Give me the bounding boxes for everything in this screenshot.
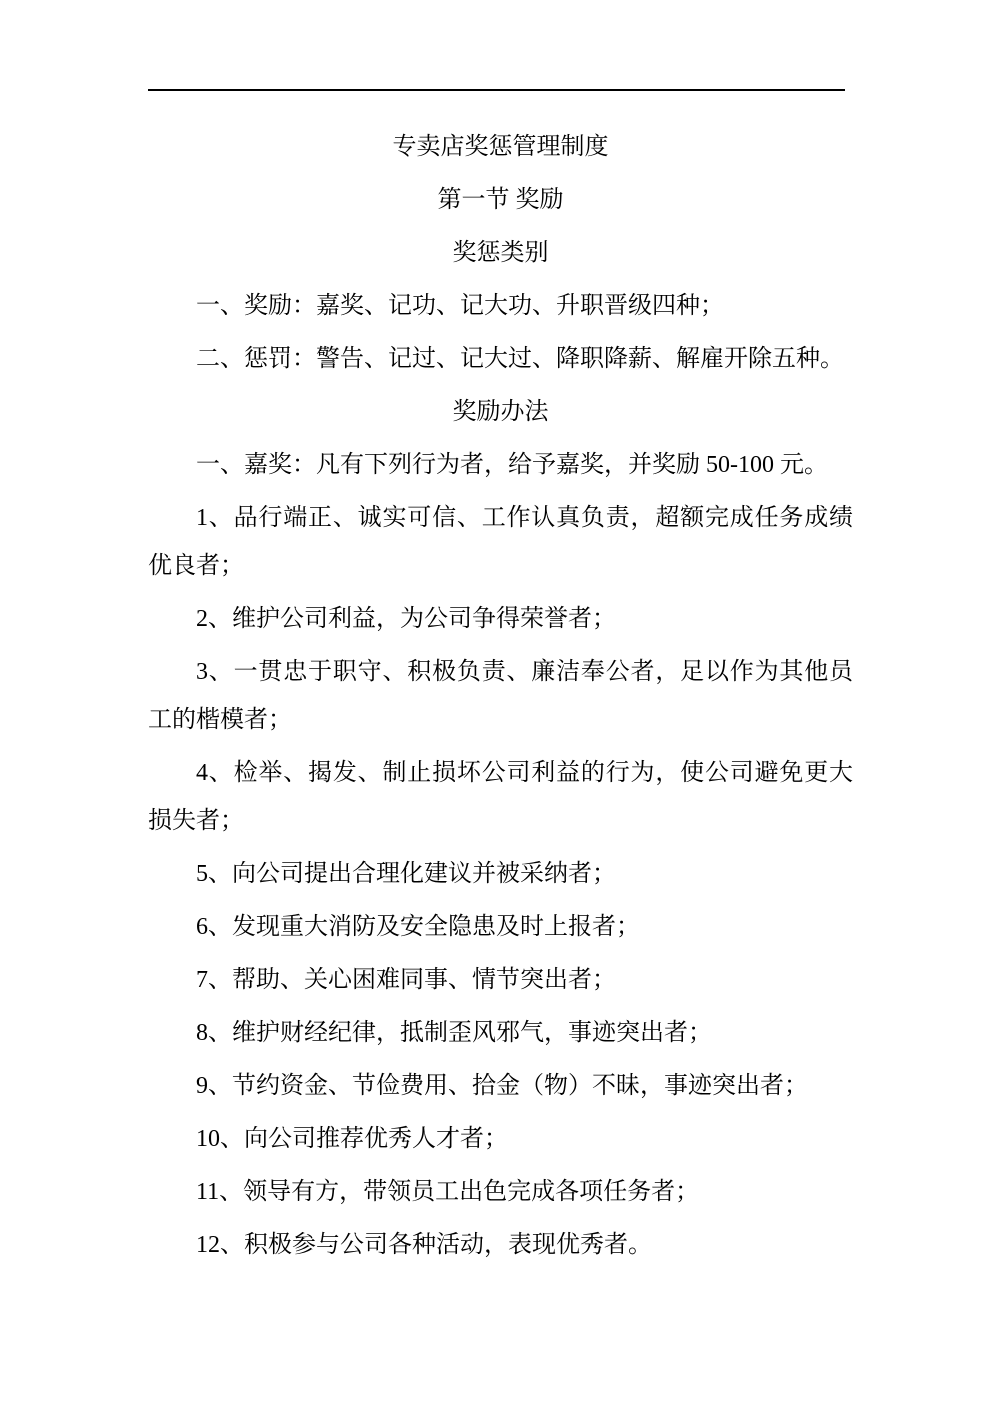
award-item-12: 12、积极参与公司各种活动，表现优秀者。 [148,1221,853,1269]
categories-heading: 奖惩类别 [148,229,853,277]
award-item-7: 7、帮助、关心困难同事、情节突出者； [148,956,853,1004]
document-content: 专卖店奖惩管理制度 第一节 奖励 奖惩类别 一、奖励：嘉奖、记功、记大功、升职晋… [148,123,853,1274]
document-title: 专卖店奖惩管理制度 [148,123,853,171]
award-item-11: 11、领导有方，带领员工出色完成各项任务者； [148,1168,853,1216]
document-page: 专卖店奖惩管理制度 第一节 奖励 奖惩类别 一、奖励：嘉奖、记功、记大功、升职晋… [0,0,993,1404]
award-item-9: 9、节约资金、节俭费用、拾金（物）不昧，事迹突出者； [148,1062,853,1110]
header-rule [148,89,845,91]
methods-intro: 一、嘉奖：凡有下列行为者，给予嘉奖，并奖励 50-100 元。 [148,441,853,489]
category-item-rewards: 一、奖励：嘉奖、记功、记大功、升职晋级四种； [148,282,853,330]
award-item-3: 3、一贯忠于职守、积极负责、廉洁奉公者，足以作为其他员工的楷模者； [148,648,853,744]
category-item-punishments: 二、惩罚：警告、记过、记大过、降职降薪、解雇开除五种。 [148,335,853,383]
methods-heading: 奖励办法 [148,388,853,436]
award-item-6: 6、发现重大消防及安全隐患及时上报者； [148,903,853,951]
section-heading: 第一节 奖励 [148,176,853,224]
award-item-8: 8、维护财经纪律，抵制歪风邪气，事迹突出者； [148,1009,853,1057]
award-item-4: 4、检举、揭发、制止损坏公司利益的行为，使公司避免更大损失者； [148,749,853,845]
award-item-1: 1、品行端正、诚实可信、工作认真负责，超额完成任务成绩优良者； [148,494,853,590]
award-item-10: 10、向公司推荐优秀人才者； [148,1115,853,1163]
award-item-5: 5、向公司提出合理化建议并被采纳者； [148,850,853,898]
award-item-2: 2、维护公司利益，为公司争得荣誉者； [148,595,853,643]
